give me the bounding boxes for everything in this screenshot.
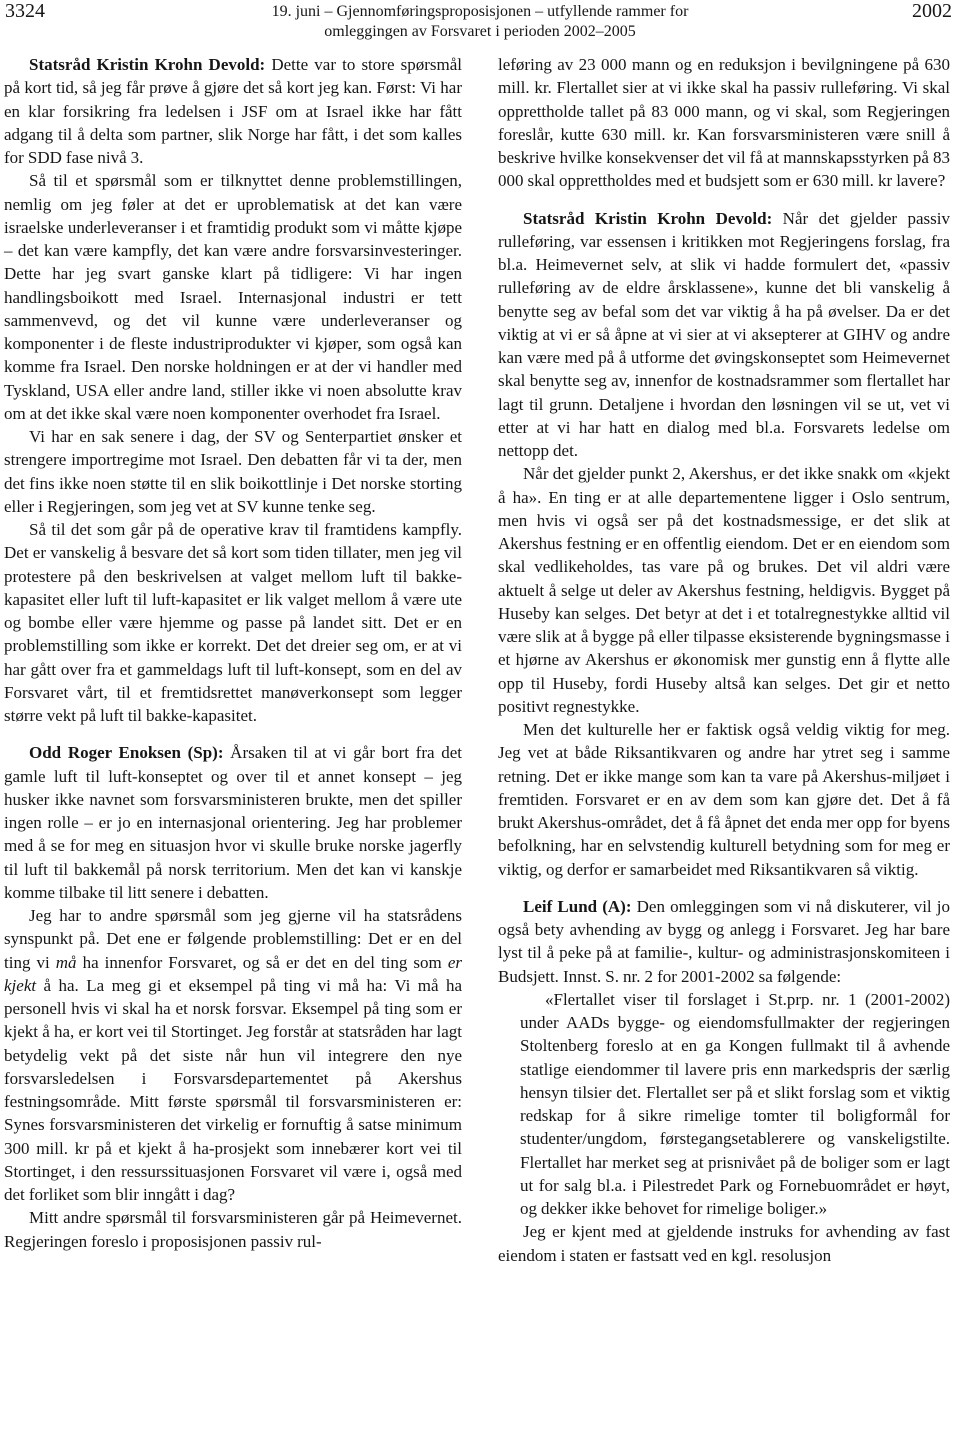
paragraph-text: Men det kulturelle her er faktisk også v… [498,720,950,879]
speech-leif-lund: Leif Lund (A): Den omleggingen som vi nå… [498,895,950,988]
paragraph-text: leføring av 23 000 mann og en reduksjon … [498,55,950,190]
paragraph-andre-sporsmal-heimevernet: Mitt andre spørsmål til forsvarsminister… [4,1206,462,1253]
speech-statsrad-devold-answer: Statsråd Kristin Krohn Devold: Dette var… [4,53,462,169]
paragraph-sak-senere-i-dag: Vi har en sak senere i dag, der SV og Se… [4,425,462,518]
speech-odd-roger-enoksen: Odd Roger Enoksen (Sp): Årsaken til at v… [4,741,462,904]
blockquote-flertallet-innstilling: «Flertallet viser til forslaget i St.prp… [520,988,950,1221]
page-header: 3324 19. juni – Gjennomføringsproposisjo… [0,0,960,41]
speaker-name: Leif Lund (A): [523,897,632,916]
paragraph-text: Mitt andre spørsmål til forsvarsminister… [4,1208,462,1250]
paragraph-text: Jeg er kjent med at gjeldende instruks f… [498,1222,950,1264]
speech-statsrad-devold-ruleforing: Statsråd Kristin Krohn Devold: Når det g… [498,207,950,463]
page-number: 3324 [5,0,45,22]
paragraph-to-andre-sporsmal: Jeg har to andre spørsmål som jeg gjerne… [4,904,462,1206]
paragraph-text: «Flertallet viser til forslaget i St.prp… [520,990,950,1218]
paragraph-text: Når det gjelder punkt 2, Akershus, er de… [498,464,950,716]
paragraph-text: Så til det som går på de operative krav … [4,520,462,725]
paragraph-text: Når det gjelder passiv rulleføring, var … [498,209,950,461]
document-page: 3324 19. juni – Gjennomføringsproposisjo… [0,0,960,1432]
right-column: leføring av 23 000 mann og en reduksjon … [498,53,950,1267]
emphasis-text: må [56,953,77,972]
paragraph-text: Så til et spørsmål som er tilknyttet den… [4,171,462,423]
paragraph-gjeldende-instruks: Jeg er kjent med at gjeldende instruks f… [498,1220,950,1267]
paragraph-text: Årsaken til at vi går bort fra det gamle… [4,743,462,902]
page-title-line1: 19. juni – Gjennomføringsproposisjonen –… [0,2,960,22]
page-title-line2: omleggingen av Forsvaret i perioden 2002… [0,22,960,42]
page-title: 19. juni – Gjennomføringsproposisjonen –… [0,0,960,41]
paragraph-text: å ha. La meg gi et eksempel på ting vi m… [4,976,462,1204]
paragraph-akershus-punkt-2: Når det gjelder punkt 2, Akershus, er de… [498,462,950,718]
paragraph-kulturelle-riksantikvaren: Men det kulturelle her er faktisk også v… [498,718,950,881]
text-columns: Statsråd Kristin Krohn Devold: Dette var… [0,53,960,1267]
paragraph-israel-underleveranser: Så til et spørsmål som er tilknyttet den… [4,169,462,425]
page-year: 2002 [912,0,952,22]
speaker-name: Odd Roger Enoksen (Sp): [29,743,224,762]
speaker-name: Statsråd Kristin Krohn Devold: [523,209,772,228]
paragraph-text: Vi har en sak senere i dag, der SV og Se… [4,427,462,516]
paragraph-text: ha innenfor Forsvaret, og så er det en d… [77,953,448,972]
paragraph-continuation-ruleforing: leføring av 23 000 mann og en reduksjon … [498,53,950,193]
paragraph-operative-krav-kampfly: Så til det som går på de operative krav … [4,518,462,727]
speaker-name: Statsråd Kristin Krohn Devold: [29,55,265,74]
left-column: Statsråd Kristin Krohn Devold: Dette var… [4,53,462,1267]
